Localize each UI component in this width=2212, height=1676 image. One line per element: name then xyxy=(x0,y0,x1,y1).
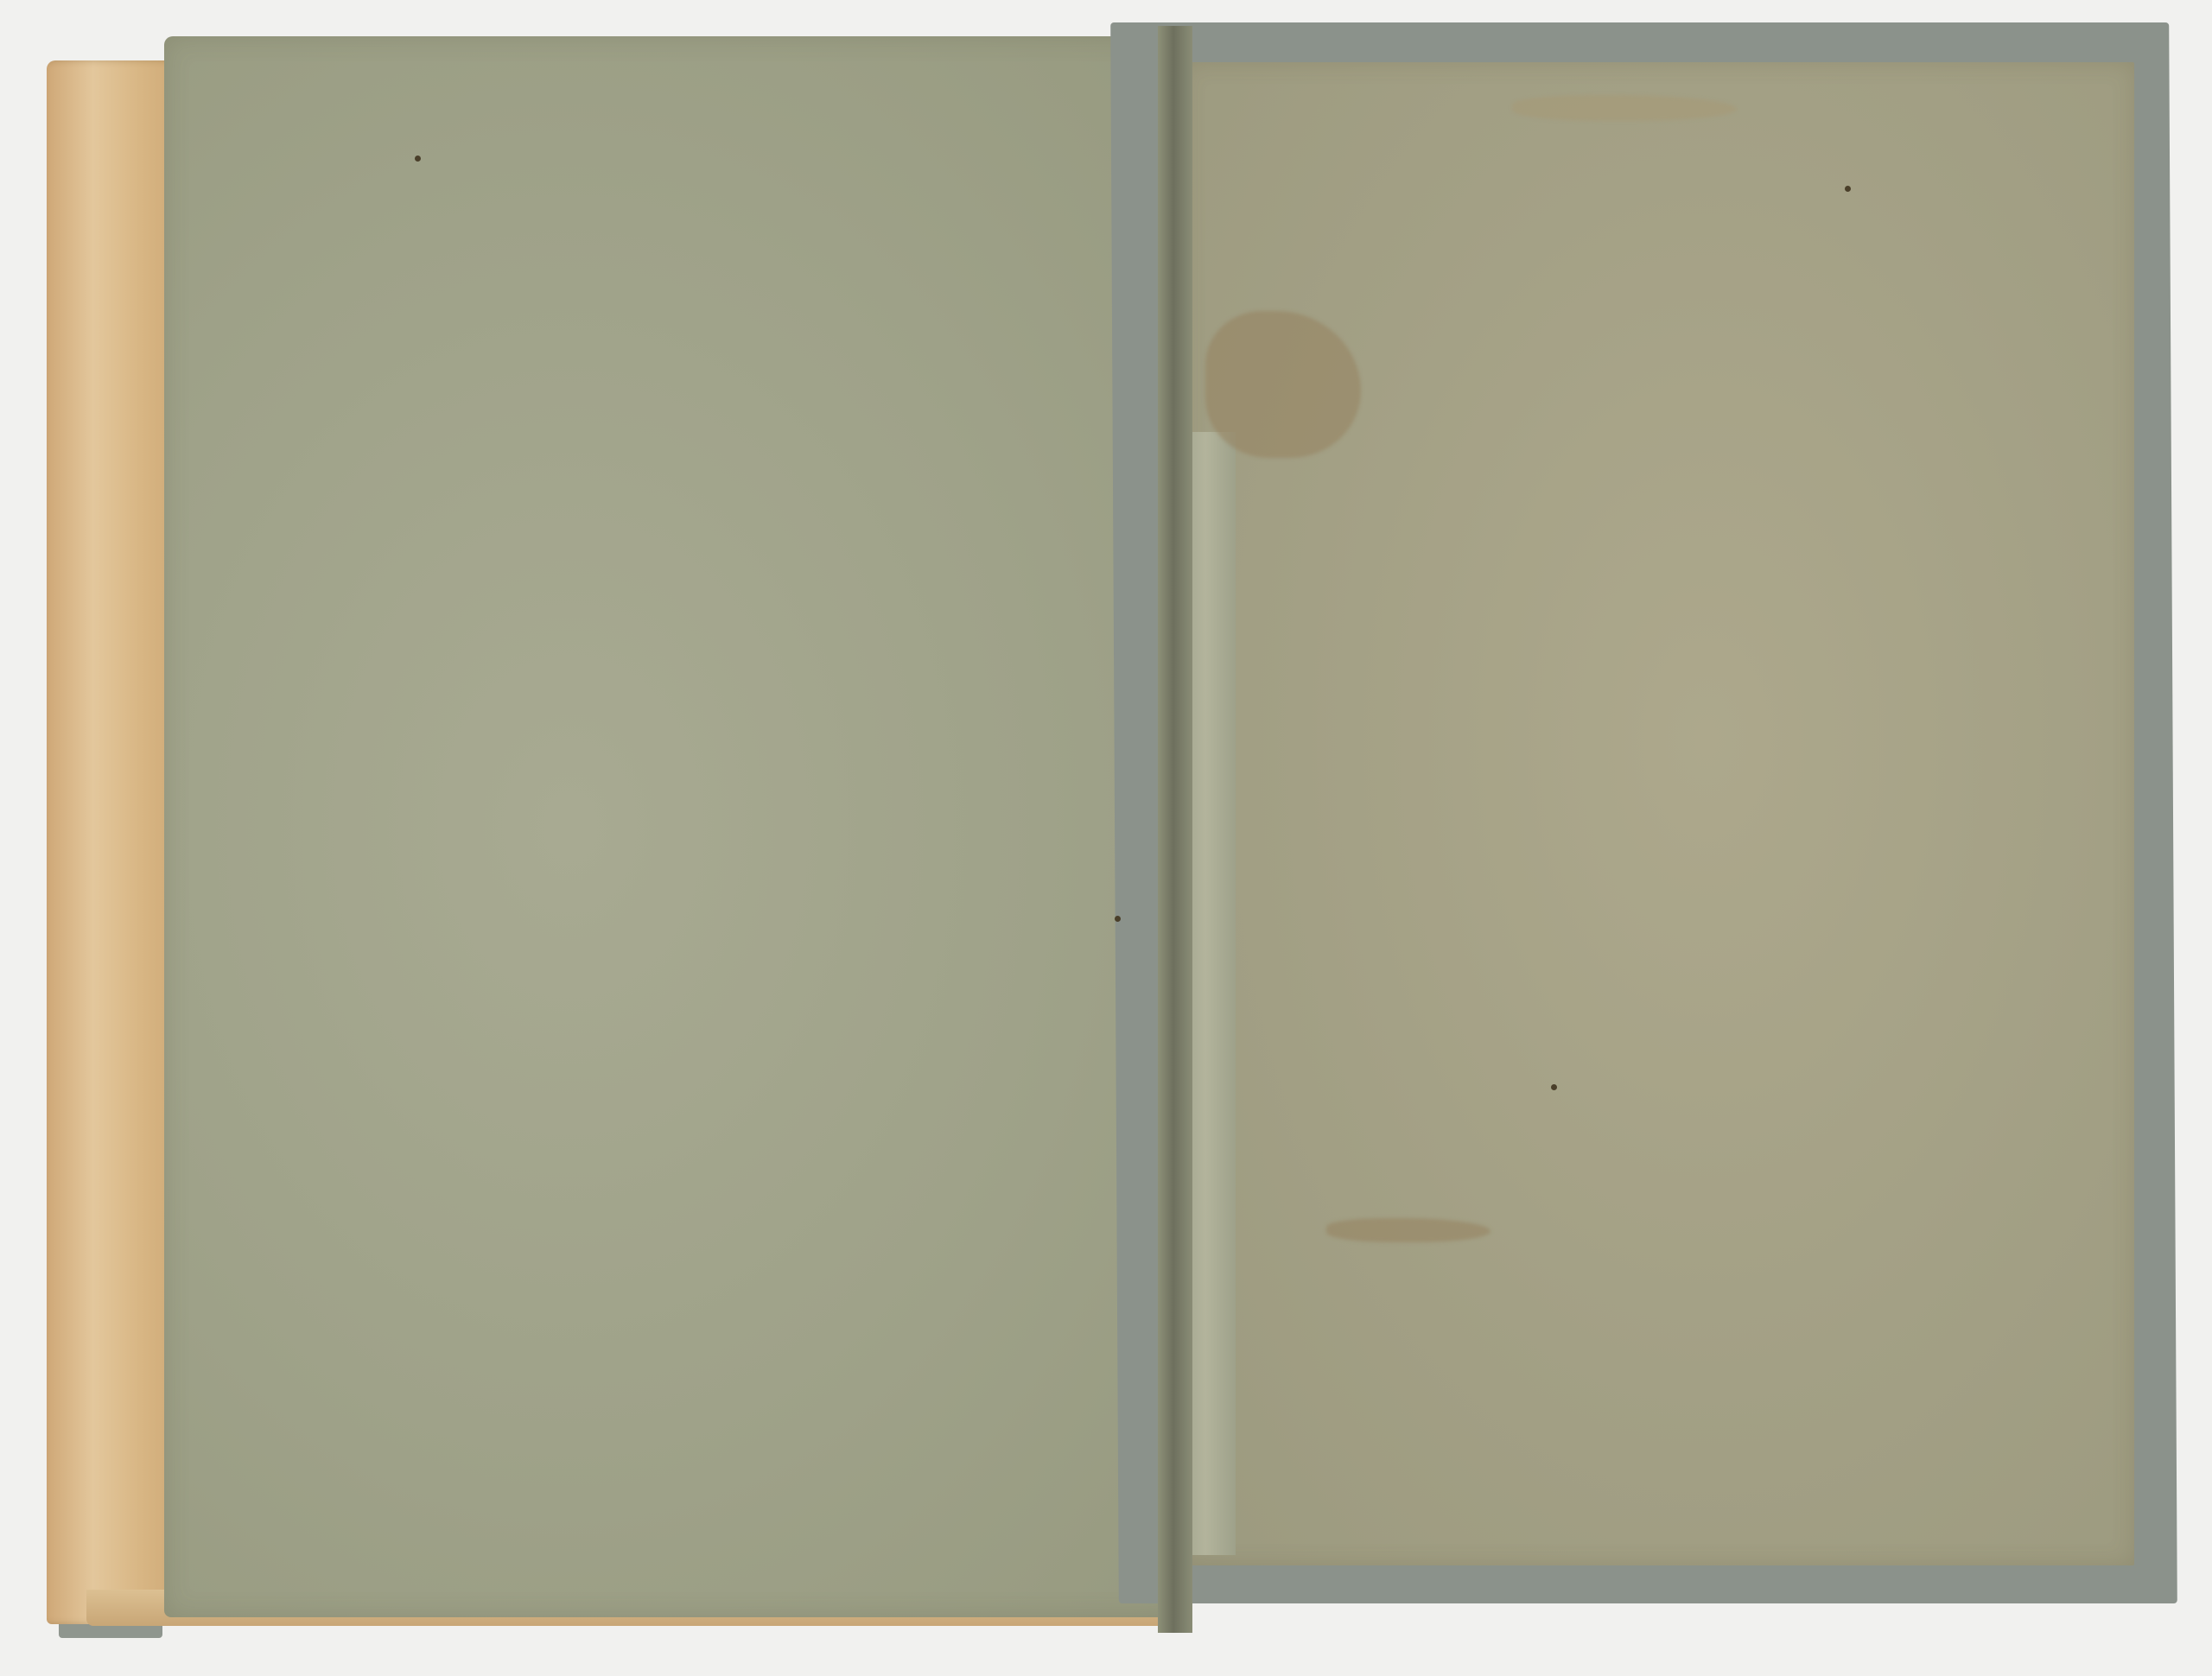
book-gutter xyxy=(1158,26,1192,1633)
top-stain xyxy=(1512,95,1737,121)
speck xyxy=(1845,186,1851,192)
speck xyxy=(415,156,421,162)
speck xyxy=(1551,1084,1557,1090)
left-endpaper xyxy=(164,36,1179,1617)
glue-stain xyxy=(1326,1218,1491,1242)
right-pastedown xyxy=(1184,62,2134,1565)
speck xyxy=(1115,916,1121,922)
